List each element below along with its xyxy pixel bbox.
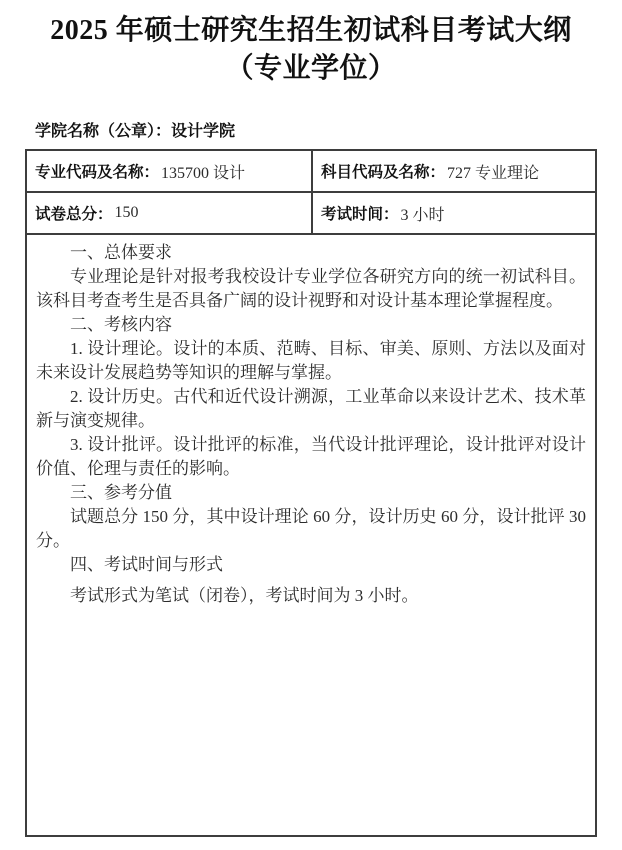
exam-syllabus-document: 2025 年硕士研究生招生初试科目考试大纲 （专业学位） 学院名称（公章）：设计… xyxy=(0,0,622,850)
exam-duration-label: 考试时间： xyxy=(321,202,399,224)
exam-duration-value: 3 小时 xyxy=(401,202,445,225)
subject-code-cell: 科目代码及名称： 727 专业理论 xyxy=(313,151,595,191)
paragraph-overall-requirement: 专业理论是针对报考我校设计专业学位各研究方向的统一初试科目。该科目考查考生是否具… xyxy=(36,265,586,313)
document-title: 2025 年硕士研究生招生初试科目考试大纲 （专业学位） xyxy=(0,12,622,88)
section-heading-assessment: 二、考核内容 xyxy=(36,313,586,337)
major-code-label: 专业代码及名称： xyxy=(35,160,159,182)
total-score-cell: 试卷总分： 150 xyxy=(27,193,313,233)
section-heading-exam-format: 四、考试时间与形式 xyxy=(36,553,586,577)
document-title-line1: 2025 年硕士研究生招生初试科目考试大纲 xyxy=(0,12,622,50)
paragraph-design-history: 2. 设计历史。古代和近代设计溯源，工业革命以来设计艺术、技术革新与演变规律。 xyxy=(36,385,586,433)
subject-code-label: 科目代码及名称： xyxy=(321,160,445,182)
table-row-score-time: 试卷总分： 150 考试时间： 3 小时 xyxy=(27,193,595,235)
paragraph-design-theory: 1. 设计理论。设计的本质、范畴、目标、审美、原则、方法以及面对未来设计发展趋势… xyxy=(36,337,586,385)
exam-duration-cell: 考试时间： 3 小时 xyxy=(313,193,595,233)
total-score-value: 150 xyxy=(115,204,139,222)
paragraph-exam-format: 考试形式为笔试（闭卷），考试时间为 3 小时。 xyxy=(36,584,586,608)
major-code-cell: 专业代码及名称： 135700 设计 xyxy=(27,151,313,191)
table-row-codes: 专业代码及名称： 135700 设计 科目代码及名称： 727 专业理论 xyxy=(27,151,595,193)
document-title-line2: （专业学位） xyxy=(0,50,622,88)
section-heading-score-distribution: 三、参考分值 xyxy=(36,481,586,505)
syllabus-body-cell: 一、总体要求 专业理论是针对报考我校设计专业学位各研究方向的统一初试科目。该科目… xyxy=(27,235,595,835)
paragraph-score-distribution: 试题总分 150 分，其中设计理论 60 分，设计历史 60 分，设计批评 30… xyxy=(36,505,586,553)
subject-code-value: 727 专业理论 xyxy=(447,160,539,183)
major-code-value: 135700 设计 xyxy=(161,160,245,183)
total-score-label: 试卷总分： xyxy=(35,202,113,224)
paragraph-design-criticism: 3. 设计批评。设计批评的标准，当代设计批评理论，设计批评对设计价值、伦理与责任… xyxy=(36,433,586,481)
college-name-line: 学院名称（公章）：设计学院 xyxy=(35,118,235,141)
section-heading-overall: 一、总体要求 xyxy=(36,241,586,265)
syllabus-table: 专业代码及名称： 135700 设计 科目代码及名称： 727 专业理论 试卷总… xyxy=(25,149,597,837)
